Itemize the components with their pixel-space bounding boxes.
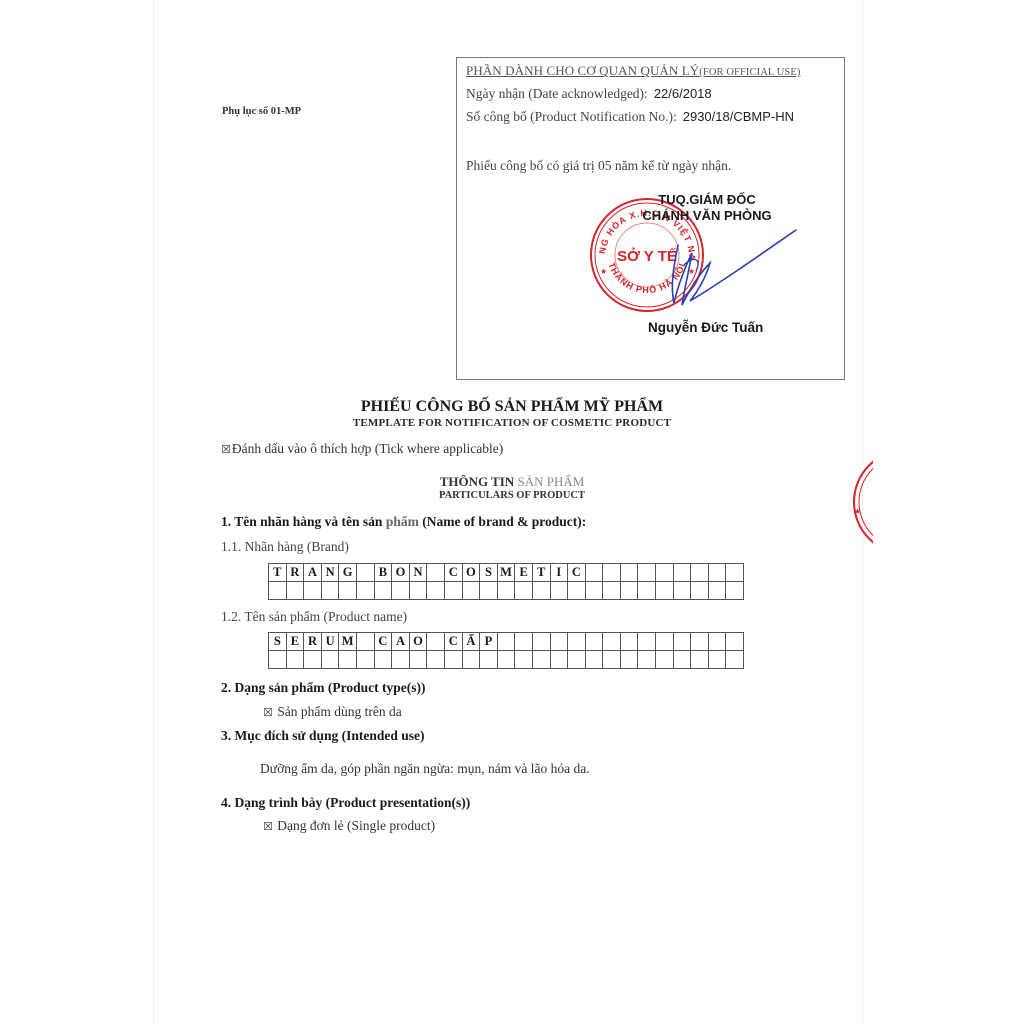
brand-cell-empty xyxy=(444,582,462,600)
q4-option[interactable]: ☒ Dạng đơn lẻ (Single product) xyxy=(263,818,435,834)
brand-cell xyxy=(620,564,638,582)
brand-cell: C xyxy=(444,564,462,582)
brand-cell-empty xyxy=(585,582,603,600)
brand-cell: G xyxy=(339,564,357,582)
product-cell: O xyxy=(409,633,427,651)
product-cell: S xyxy=(269,633,287,651)
product-cell xyxy=(497,633,515,651)
product-cell xyxy=(550,633,568,651)
product-cell-empty xyxy=(374,651,392,669)
product-cell-empty xyxy=(427,651,445,669)
product-name-label: 1.2. Tên sản phẩm (Product name) xyxy=(221,609,407,625)
brand-cell xyxy=(638,564,656,582)
product-cell-empty xyxy=(656,651,674,669)
product-cell-empty xyxy=(620,651,638,669)
product-cell-empty xyxy=(356,651,374,669)
brand-cell xyxy=(673,564,691,582)
brand-cell-empty xyxy=(620,582,638,600)
product-cell xyxy=(708,633,726,651)
brand-cell-empty xyxy=(568,582,586,600)
brand-cell-empty xyxy=(638,582,656,600)
official-use-title-vi: PHẦN DÀNH CHO CƠ QUAN QUẢN LÝ xyxy=(466,63,699,78)
product-cell-empty xyxy=(286,651,304,669)
checkbox-checked-icon: ☒ xyxy=(221,443,231,456)
brand-grid: TRANGBONCOSMETIC xyxy=(268,563,744,600)
notification-number-label: Số công bố (Product Notification No.): xyxy=(466,109,677,124)
product-name-grid: SERUMCAOCẤP xyxy=(268,632,744,669)
date-acknowledged-row: Ngày nhận (Date acknowledged):22/6/2018 xyxy=(466,86,712,102)
brand-cell: M xyxy=(497,564,515,582)
product-cell xyxy=(568,633,586,651)
brand-cell-empty xyxy=(497,582,515,600)
brand-cell: C xyxy=(568,564,586,582)
page-edge-left xyxy=(153,0,154,1024)
brand-cell: O xyxy=(462,564,480,582)
signer-name: Nguyễn Đức Tuấn xyxy=(648,320,763,335)
product-cell: Ấ xyxy=(462,633,480,651)
svg-text:★: ★ xyxy=(600,267,607,276)
brand-cell-empty xyxy=(392,582,410,600)
product-cell xyxy=(691,633,709,651)
section-subtitle: PARTICULARS OF PRODUCT xyxy=(0,490,1024,501)
product-cell-empty xyxy=(392,651,410,669)
product-cell-empty xyxy=(673,651,691,669)
form-title: PHIẾU CÔNG BỐ SẢN PHẨM MỸ PHẨM xyxy=(0,398,1024,416)
checkbox-checked-icon[interactable]: ☒ xyxy=(263,706,273,719)
q1-heading-b: phẩm xyxy=(386,514,419,529)
product-cell-empty xyxy=(532,651,550,669)
brand-cell-empty xyxy=(515,582,533,600)
product-cell xyxy=(673,633,691,651)
brand-cell-empty xyxy=(374,582,392,600)
brand-cell xyxy=(726,564,744,582)
product-cell xyxy=(427,633,445,651)
brand-cell-empty xyxy=(286,582,304,600)
product-cell-empty xyxy=(321,651,339,669)
brand-cell-empty xyxy=(462,582,480,600)
product-cell xyxy=(603,633,621,651)
product-cell-empty xyxy=(497,651,515,669)
product-cell: E xyxy=(286,633,304,651)
edge-seal-icon: ★ xyxy=(846,452,876,552)
validity-note: Phiếu công bố có giá trị 05 năm kể từ ng… xyxy=(466,158,731,174)
brand-cell-empty xyxy=(321,582,339,600)
section-title: THÔNG TIN SẢN PHẨM xyxy=(0,474,1024,490)
product-cell-empty xyxy=(304,651,322,669)
brand-cell-empty xyxy=(409,582,427,600)
brand-cell: N xyxy=(409,564,427,582)
brand-cell-empty xyxy=(708,582,726,600)
brand-cell-empty xyxy=(532,582,550,600)
brand-cell: I xyxy=(550,564,568,582)
q4-heading: 4. Dạng trình bày (Product presentation(… xyxy=(221,795,470,811)
tick-note: ☒Đánh dấu vào ô thích hợp (Tick where ap… xyxy=(221,441,503,457)
brand-cell: O xyxy=(392,564,410,582)
product-cell-empty xyxy=(409,651,427,669)
product-cell-empty xyxy=(585,651,603,669)
form-subtitle: TEMPLATE FOR NOTIFICATION OF COSMETIC PR… xyxy=(0,417,1024,429)
brand-cell: N xyxy=(321,564,339,582)
product-cell-empty xyxy=(603,651,621,669)
product-cell-empty xyxy=(339,651,357,669)
date-acknowledged-label: Ngày nhận (Date acknowledged): xyxy=(466,86,648,101)
product-cell xyxy=(515,633,533,651)
product-cell-empty xyxy=(444,651,462,669)
product-cell: C xyxy=(374,633,392,651)
q2-option-label: Sản phẩm dùng trên da xyxy=(277,704,401,719)
checkbox-checked-icon[interactable]: ☒ xyxy=(263,820,273,833)
product-cell xyxy=(585,633,603,651)
signer-title-line-2: CHÁNH VĂN PHÒNG xyxy=(612,208,802,224)
brand-cell-empty xyxy=(304,582,322,600)
brand-cell xyxy=(691,564,709,582)
appendix-label: Phụ lục số 01-MP xyxy=(222,106,301,117)
brand-label: 1.1. Nhãn hàng (Brand) xyxy=(221,539,349,555)
brand-cell xyxy=(708,564,726,582)
brand-cell-empty xyxy=(656,582,674,600)
brand-cell xyxy=(356,564,374,582)
q2-heading: 2. Dạng sản phẩm (Product type(s)) xyxy=(221,680,426,696)
q4-option-label: Dạng đơn lẻ (Single product) xyxy=(277,818,435,833)
official-use-title-en: (FOR OFFICIAL USE) xyxy=(699,67,800,78)
brand-cell-empty xyxy=(603,582,621,600)
signature-icon xyxy=(660,225,800,315)
q1-heading-c: (Name of brand & product): xyxy=(422,514,586,529)
q3-value: Dưỡng ẩm da, góp phần ngăn ngừa: mụn, ná… xyxy=(260,761,590,777)
brand-cell-empty xyxy=(726,582,744,600)
product-cell xyxy=(532,633,550,651)
brand-cell-empty xyxy=(339,582,357,600)
brand-cell xyxy=(585,564,603,582)
q1-heading-a: 1. Tên nhãn hàng và tên sản xyxy=(221,514,382,529)
brand-cell-empty xyxy=(691,582,709,600)
product-cell-empty xyxy=(269,651,287,669)
brand-cell-empty xyxy=(673,582,691,600)
brand-cell: E xyxy=(515,564,533,582)
product-cell: P xyxy=(480,633,498,651)
brand-cell xyxy=(427,564,445,582)
product-cell-empty xyxy=(726,651,744,669)
brand-cell xyxy=(603,564,621,582)
brand-cell: T xyxy=(269,564,287,582)
brand-cell-empty xyxy=(269,582,287,600)
product-cell-empty xyxy=(550,651,568,669)
q2-option[interactable]: ☒ Sản phẩm dùng trên da xyxy=(263,704,402,720)
signer-title-line-1: TUQ.GIÁM ĐỐC xyxy=(612,192,802,208)
product-cell xyxy=(620,633,638,651)
date-acknowledged-value: 22/6/2018 xyxy=(654,86,712,101)
section-title-b: SẢN PHẨM xyxy=(517,474,584,489)
product-cell: U xyxy=(321,633,339,651)
product-cell xyxy=(638,633,656,651)
brand-cell: S xyxy=(480,564,498,582)
q3-heading: 3. Mục đích sử dụng (Intended use) xyxy=(221,728,425,744)
product-cell: M xyxy=(339,633,357,651)
brand-cell-empty xyxy=(550,582,568,600)
svg-text:★: ★ xyxy=(854,507,861,516)
product-cell xyxy=(356,633,374,651)
product-cell xyxy=(726,633,744,651)
signer-title: TUQ.GIÁM ĐỐC CHÁNH VĂN PHÒNG xyxy=(612,192,802,224)
brand-cell: B xyxy=(374,564,392,582)
product-cell-empty xyxy=(568,651,586,669)
product-cell-empty xyxy=(691,651,709,669)
brand-cell: A xyxy=(304,564,322,582)
product-cell xyxy=(656,633,674,651)
product-cell-empty xyxy=(708,651,726,669)
product-cell-empty xyxy=(638,651,656,669)
official-use-title: PHẦN DÀNH CHO CƠ QUAN QUẢN LÝ(FOR OFFICI… xyxy=(466,63,800,79)
product-cell: A xyxy=(392,633,410,651)
q1-heading: 1. Tên nhãn hàng và tên sản phẩm (Name o… xyxy=(221,514,586,530)
brand-cell: R xyxy=(286,564,304,582)
product-cell-empty xyxy=(462,651,480,669)
section-title-a: THÔNG TIN xyxy=(440,474,515,489)
brand-cell-empty xyxy=(480,582,498,600)
product-cell-empty xyxy=(480,651,498,669)
brand-cell-empty xyxy=(356,582,374,600)
product-cell: C xyxy=(444,633,462,651)
product-cell-empty xyxy=(515,651,533,669)
brand-cell xyxy=(656,564,674,582)
product-cell: R xyxy=(304,633,322,651)
notification-number-value: 2930/18/CBMP-HN xyxy=(683,109,794,124)
notification-number-row: Số công bố (Product Notification No.):29… xyxy=(466,109,794,125)
brand-cell: T xyxy=(532,564,550,582)
brand-cell-empty xyxy=(427,582,445,600)
tick-note-text: Đánh dấu vào ô thích hợp (Tick where app… xyxy=(232,441,503,456)
